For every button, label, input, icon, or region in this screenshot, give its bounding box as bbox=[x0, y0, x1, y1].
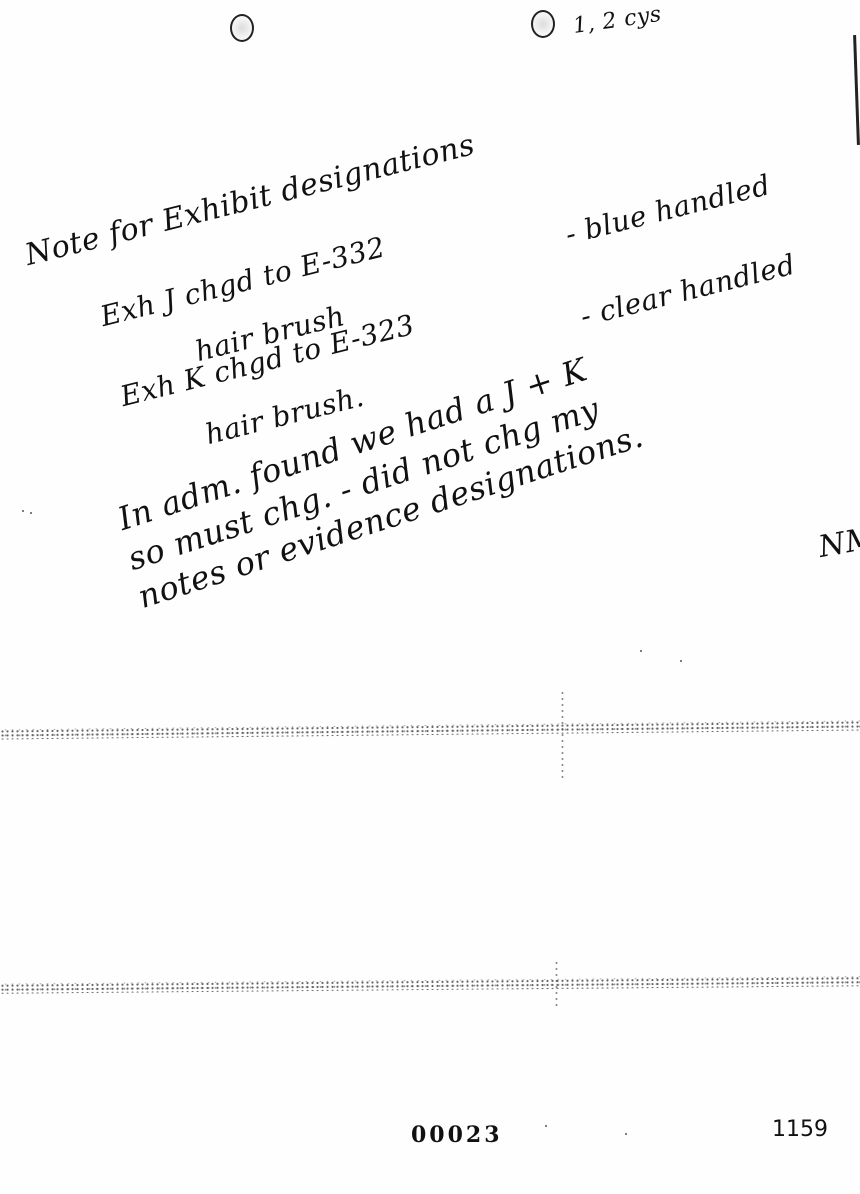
scan-speck bbox=[545, 1125, 547, 1127]
scan-speck bbox=[22, 510, 24, 512]
scan-artifact-vertical bbox=[561, 690, 564, 780]
bates-stamp-number: 00023 bbox=[411, 1122, 503, 1148]
punch-hole-right bbox=[531, 10, 555, 38]
punch-hole-left bbox=[230, 14, 254, 42]
scan-speck bbox=[625, 1133, 627, 1135]
page-number: 1159 bbox=[772, 1117, 828, 1142]
scan-speck bbox=[30, 512, 32, 514]
scan-artifact-line bbox=[0, 976, 860, 994]
scan-speck bbox=[680, 660, 682, 662]
document-page: 1, 2 cys Note for Exhibit designations E… bbox=[0, 0, 860, 1194]
page-edge-mark bbox=[853, 35, 860, 145]
scan-speck bbox=[640, 650, 642, 652]
note-line-exh-k-desc: - clear handled bbox=[577, 248, 799, 333]
note-line-exh-j-desc: - blue handled bbox=[562, 168, 774, 251]
header-annotation: 1, 2 cys bbox=[572, 2, 664, 39]
scan-artifact-line bbox=[0, 720, 860, 739]
note-title: Note for Exhibit designations bbox=[22, 127, 479, 273]
scan-artifact-vertical bbox=[555, 960, 558, 1010]
initials: NM bbox=[816, 520, 860, 565]
